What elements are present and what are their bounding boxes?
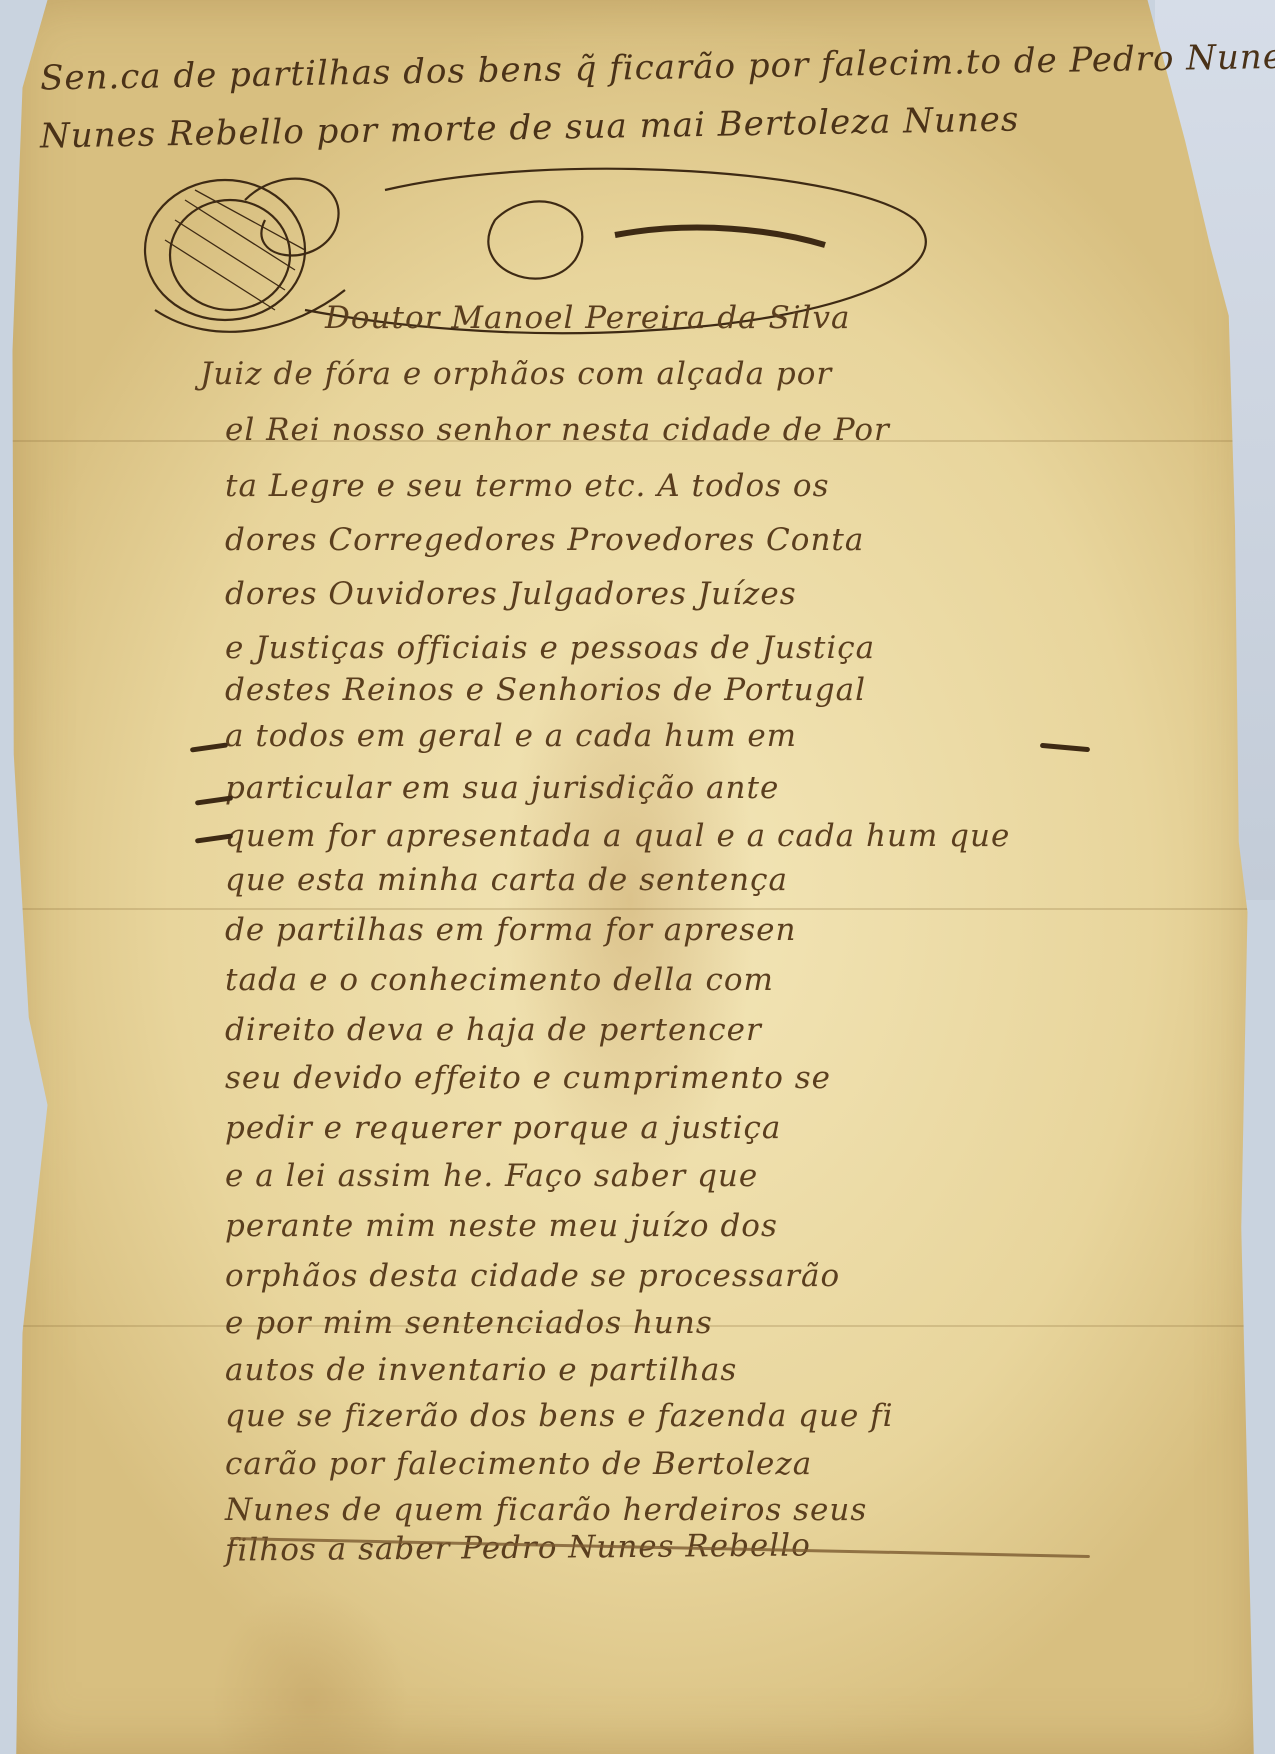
fold-crease xyxy=(10,908,1260,910)
body-line: seu devido effeito e cumprimento se xyxy=(225,1060,831,1096)
body-line: orphãos desta cidade se processarão xyxy=(225,1258,840,1294)
body-line: ta Legre e seu termo etc. A todos os xyxy=(225,468,829,504)
body-line: tada e o conhecimento della com xyxy=(225,962,774,998)
body-line: Doutor Manoel Pereira da Silva xyxy=(325,300,851,336)
body-line: carão por falecimento de Bertoleza xyxy=(225,1446,812,1482)
body-line: Juiz de fóra e orphãos com alçada por xyxy=(200,356,832,392)
body-line: quem for apresentada a qual e a cada hum… xyxy=(225,818,1010,854)
body-line: que esta minha carta de sentença xyxy=(225,862,788,898)
body-line: particular em sua jurisdição ante xyxy=(225,770,779,806)
body-line: direito deva e haja de pertencer xyxy=(225,1012,762,1048)
body-line: dores Corregedores Provedores Conta xyxy=(225,522,864,558)
body-line: Nunes de quem ficarão herdeiros seus xyxy=(225,1492,867,1528)
body-line: autos de inventario e partilhas xyxy=(225,1352,737,1388)
body-line: dores Ouvidores Julgadores Juízes xyxy=(225,576,797,612)
body-line: a todos em geral e a cada hum em xyxy=(225,718,797,754)
body-line: que se fizerão dos bens e fazenda que fi xyxy=(225,1398,894,1434)
body-line: e a lei assim he. Faço saber que xyxy=(225,1158,758,1194)
body-line: pedir e requerer porque a justiça xyxy=(225,1110,781,1146)
body-line: de partilhas em forma for apresen xyxy=(225,912,797,948)
body-line: el Rei nosso senhor nesta cidade de Por xyxy=(225,412,890,448)
body-line: destes Reinos e Senhorios de Portugal xyxy=(225,672,866,708)
body-line: e por mim sentenciados huns xyxy=(225,1305,713,1341)
body-line: e Justiças officiais e pessoas de Justiç… xyxy=(225,630,875,666)
body-line: perante mim neste meu juízo dos xyxy=(225,1208,778,1244)
